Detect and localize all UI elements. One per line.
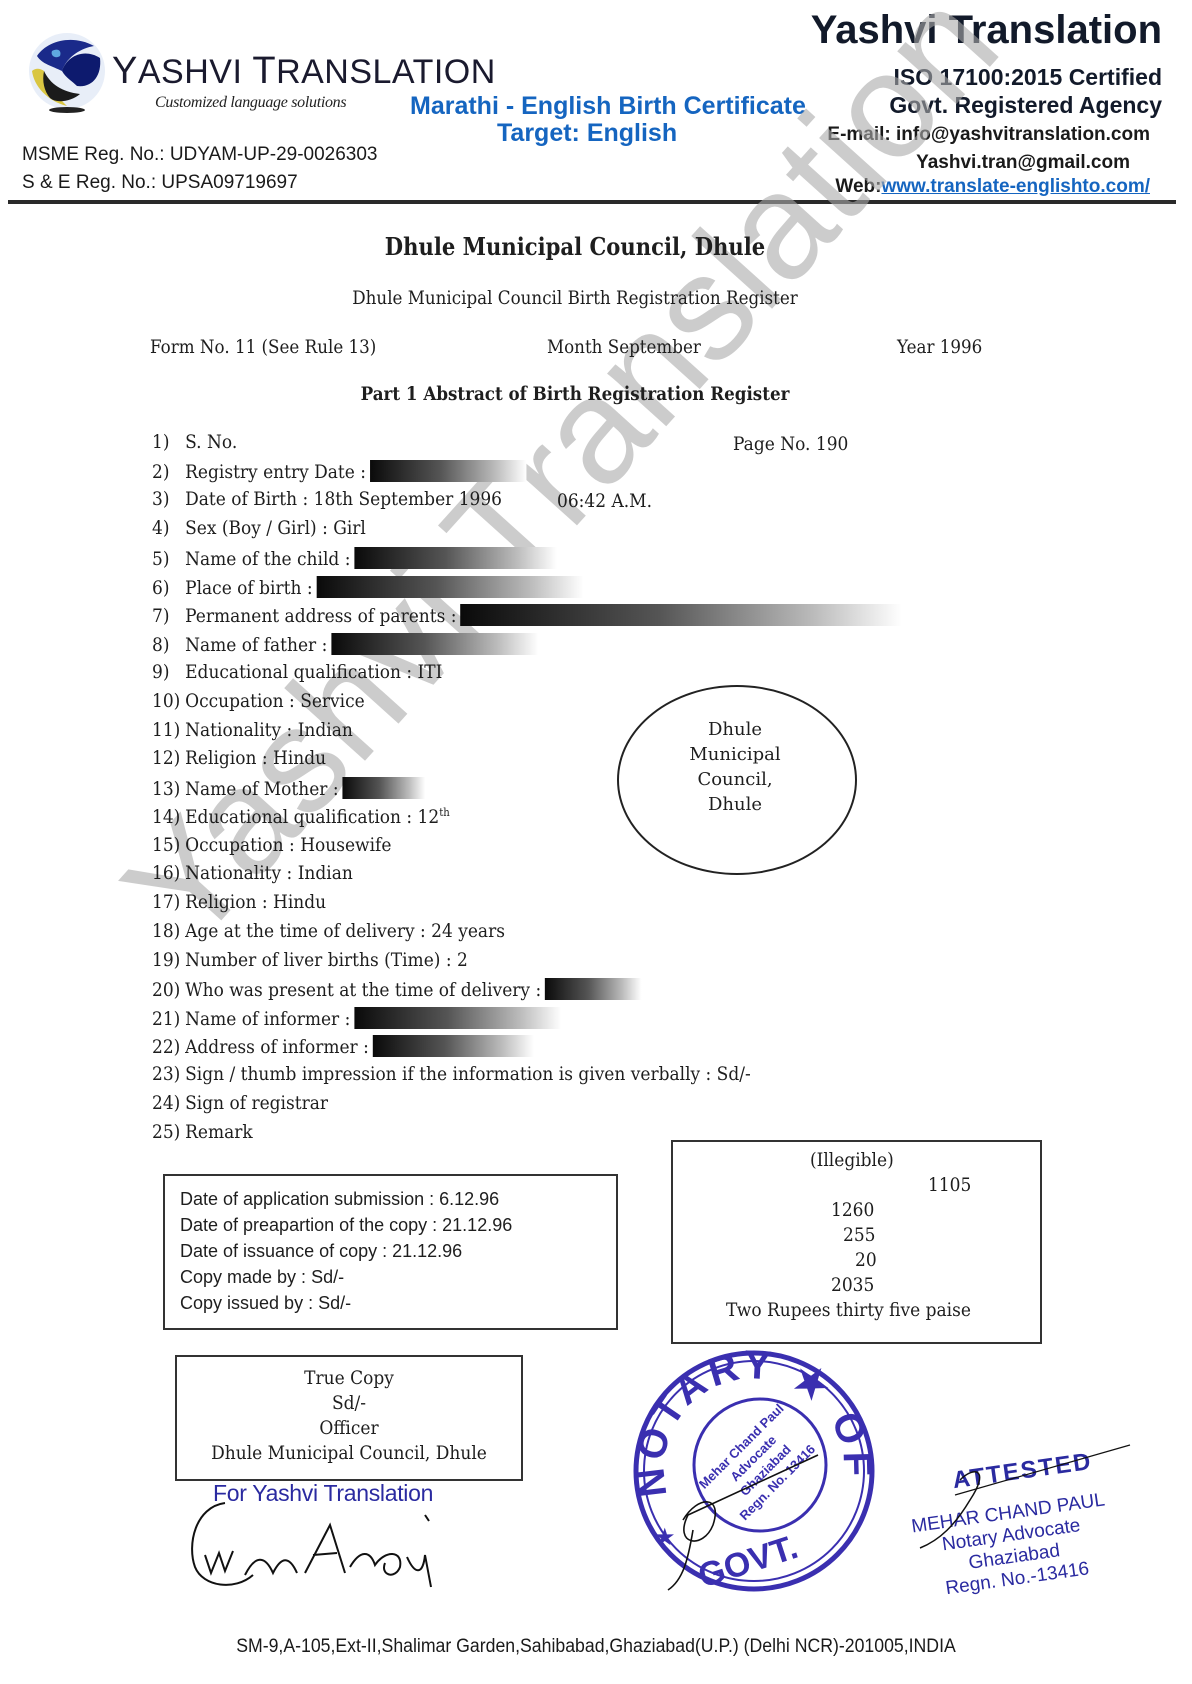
redacted-value (354, 547, 556, 569)
item-number: 22) (152, 1037, 185, 1058)
document-title: Dhule Municipal Council, Dhule (69, 232, 1081, 261)
item-number: 24) (152, 1093, 185, 1114)
item-text: Educational qualification : ITI (185, 662, 442, 683)
notary-stamp-icon: NOTARY ★ OF INDIA GOVT. ★ Mehar Chand Pa… (628, 1345, 880, 1597)
fee-box: (Illegible) 1105 1260 255 20 2035 Two Ru… (671, 1140, 1042, 1344)
register-item: 22)Address of informer : (152, 1035, 534, 1058)
register-item: 5)Name of the child : (152, 547, 557, 570)
item-number: 4) (152, 518, 185, 539)
item-number: 10) (152, 691, 185, 712)
translator-signature-icon (185, 1495, 465, 1595)
copy-made-by: Copy made by : Sd/- (180, 1264, 512, 1290)
register-item: 7)Permanent address of parents : (152, 604, 902, 627)
svg-text:★: ★ (654, 1525, 676, 1551)
copy-preparation-date: Date of preapartion of the copy : 21.12.… (180, 1212, 512, 1238)
item-number: 23) (152, 1064, 185, 1085)
item-text: Name of Mother : (185, 779, 338, 800)
item-number: 21) (152, 1009, 185, 1030)
register-item: 17)Religion : Hindu (152, 892, 326, 913)
redacted-value (354, 1007, 561, 1029)
website: Web:www.translate-englishto.com/ (835, 176, 1150, 198)
register-item: 2)Registry entry Date : (152, 460, 526, 483)
item-number: 2) (152, 462, 185, 483)
item-number: 15) (152, 835, 185, 856)
item-number: 11) (152, 720, 185, 741)
register-item: 23)Sign / thumb impression if the inform… (152, 1064, 751, 1085)
register-year: Year 1996 (897, 336, 982, 358)
true-copy-box: True Copy Sd/- Officer Dhule Municipal C… (175, 1355, 523, 1481)
register-item: 1)S. No. (152, 432, 237, 453)
iso-certification: ISO 17100:2015 Certified (894, 64, 1162, 91)
item-text: Nationality : Indian (185, 863, 353, 884)
register-item: 21)Name of informer : (152, 1007, 561, 1030)
register-item: 4)Sex (Boy / Girl) : Girl (152, 518, 366, 539)
register-item: 8)Name of father : (152, 633, 538, 656)
item-number: 12) (152, 748, 185, 769)
msme-reg-number: MSME Reg. No.: UDYAM-UP-29-0026303 (22, 144, 378, 166)
redacted-value (460, 604, 902, 626)
email-secondary: Yashvi.tran@gmail.com (916, 152, 1130, 174)
seal-line: Dhule (617, 792, 853, 817)
page-number: Page No. 190 (733, 434, 848, 455)
item-text: Occupation : Service (185, 691, 365, 712)
register-item: 19)Number of liver births (Time) : 2 (152, 950, 468, 971)
item-text: Religion : Hindu (185, 892, 326, 913)
seal-line: Municipal (617, 742, 853, 767)
item-text: Sign / thumb impression if the informati… (185, 1064, 751, 1085)
birth-time: 06:42 A.M. (557, 491, 652, 512)
item-number: 8) (152, 635, 185, 656)
item-text: Sex (Boy / Girl) : Girl (185, 518, 366, 539)
register-item: 25)Remark (152, 1122, 253, 1143)
true-copy-officer: Officer (191, 1416, 507, 1441)
item-superscript: th (439, 806, 450, 819)
part-title: Part 1 Abstract of Birth Registration Re… (69, 383, 1081, 405)
item-text: Religion : Hindu (185, 748, 326, 769)
register-item: 10)Occupation : Service (152, 691, 365, 712)
item-number: 17) (152, 892, 185, 913)
company-title: Yashvi Translation (811, 8, 1162, 53)
item-text: Nationality : Indian (185, 720, 353, 741)
item-text: Who was present at the time of delivery … (185, 980, 541, 1001)
footer-address: SM-9,A-105,Ext-II,Shalimar Garden,Sahiba… (42, 1636, 1151, 1658)
item-text: Address of informer : (185, 1037, 369, 1058)
register-item: 9)Educational qualification : ITI (152, 662, 442, 683)
redacted-value (545, 978, 642, 1000)
item-text: Remark (185, 1122, 253, 1143)
globe-logo-icon (22, 26, 112, 116)
item-number: 1) (152, 432, 185, 453)
attested-stamp-icon: ATTESTED MEHAR CHAND PAUL Notary Advocat… (900, 1440, 1160, 1610)
header-divider (8, 200, 1176, 204)
register-month: Month September (547, 336, 701, 358)
item-text: Occupation : Housewife (185, 835, 391, 856)
item-number: 5) (152, 549, 185, 570)
email-primary: E-mail: info@yashvitranslation.com (827, 124, 1150, 146)
seal-line: Dhule (617, 717, 853, 742)
register-item: 14)Educational qualification : 12th (152, 806, 450, 828)
item-number: 6) (152, 578, 185, 599)
item-text: Number of liver births (Time) : 2 (185, 950, 468, 971)
application-submission-date: Date of application submission : 6.12.96 (180, 1186, 512, 1212)
document-type-label: Marathi - English Birth Certificate (410, 92, 806, 121)
register-item: 13)Name of Mother : (152, 777, 425, 800)
item-text: Place of birth : (185, 578, 312, 599)
council-seal-text: Dhule Municipal Council, Dhule (617, 717, 853, 817)
form-number: Form No. 11 (See Rule 13) (150, 336, 376, 358)
brand-tagline: Customized language solutions (155, 94, 346, 112)
register-item: 15)Occupation : Housewife (152, 835, 391, 856)
item-number: 3) (152, 489, 185, 510)
item-number: 16) (152, 863, 185, 884)
redacted-value (331, 633, 538, 655)
item-text: Permanent address of parents : (185, 606, 456, 627)
fee-value: 255 (843, 1225, 875, 1246)
fee-value: 20 (855, 1250, 877, 1271)
fee-in-words: Two Rupees thirty five paise (726, 1300, 971, 1321)
item-number: 19) (152, 950, 185, 971)
register-item: 16)Nationality : Indian (152, 863, 353, 884)
se-reg-number: S & E Reg. No.: UPSA09719697 (22, 172, 298, 194)
redacted-value (342, 777, 425, 799)
redacted-value (316, 576, 583, 598)
true-copy-signature: Sd/- (191, 1391, 507, 1416)
fee-value: 1105 (928, 1175, 971, 1196)
item-text: Registry entry Date : (185, 462, 366, 483)
item-text: Name of father : (185, 635, 327, 656)
copy-issuance-date: Date of issuance of copy : 21.12.96 (180, 1238, 512, 1264)
govt-registration: Govt. Registered Agency (889, 92, 1162, 119)
redacted-value (373, 1035, 534, 1057)
register-item: 20)Who was present at the time of delive… (152, 978, 641, 1001)
item-number: 20) (152, 980, 185, 1001)
brand-name: YASHVI TRANSLATION (112, 50, 496, 93)
register-item: 3)Date of Birth : 18th September 1996 (152, 489, 502, 510)
register-item: 6)Place of birth : (152, 576, 583, 599)
register-item: 24)Sign of registrar (152, 1093, 328, 1114)
register-item: 12)Religion : Hindu (152, 748, 326, 769)
item-text: Educational qualification : 12 (185, 807, 439, 828)
document-subtitle: Dhule Municipal Council Birth Registrati… (69, 287, 1081, 309)
register-item: 11)Nationality : Indian (152, 720, 353, 741)
item-text: Name of the child : (185, 549, 350, 570)
fee-value: 1260 (831, 1200, 874, 1221)
website-link[interactable]: www.translate-englishto.com/ (881, 176, 1150, 197)
true-copy-label: True Copy (191, 1366, 507, 1391)
item-text: Date of Birth : 18th September 1996 (185, 489, 502, 510)
fee-heading: (Illegible) (810, 1150, 894, 1171)
item-text: Name of informer : (185, 1009, 350, 1030)
copy-issued-by: Copy issued by : Sd/- (180, 1290, 512, 1316)
web-label: Web: (835, 176, 881, 197)
item-text: Age at the time of delivery : 24 years (185, 921, 505, 942)
item-number: 25) (152, 1122, 185, 1143)
item-text: S. No. (185, 432, 237, 453)
seal-line: Council, (617, 767, 853, 792)
item-text: Sign of registrar (185, 1093, 328, 1114)
true-copy-council: Dhule Municipal Council, Dhule (191, 1441, 507, 1466)
item-number: 18) (152, 921, 185, 942)
item-number: 13) (152, 779, 185, 800)
attested-label: ATTESTED (951, 1448, 1094, 1494)
redacted-value (370, 460, 526, 482)
application-details-box: Date of application submission : 6.12.96… (163, 1174, 618, 1330)
register-item: 18)Age at the time of delivery : 24 year… (152, 921, 505, 942)
fee-total: 2035 (831, 1275, 874, 1296)
target-language-label: Target: English (497, 119, 677, 148)
item-number: 9) (152, 662, 185, 683)
item-number: 7) (152, 606, 185, 627)
item-number: 14) (152, 807, 185, 828)
